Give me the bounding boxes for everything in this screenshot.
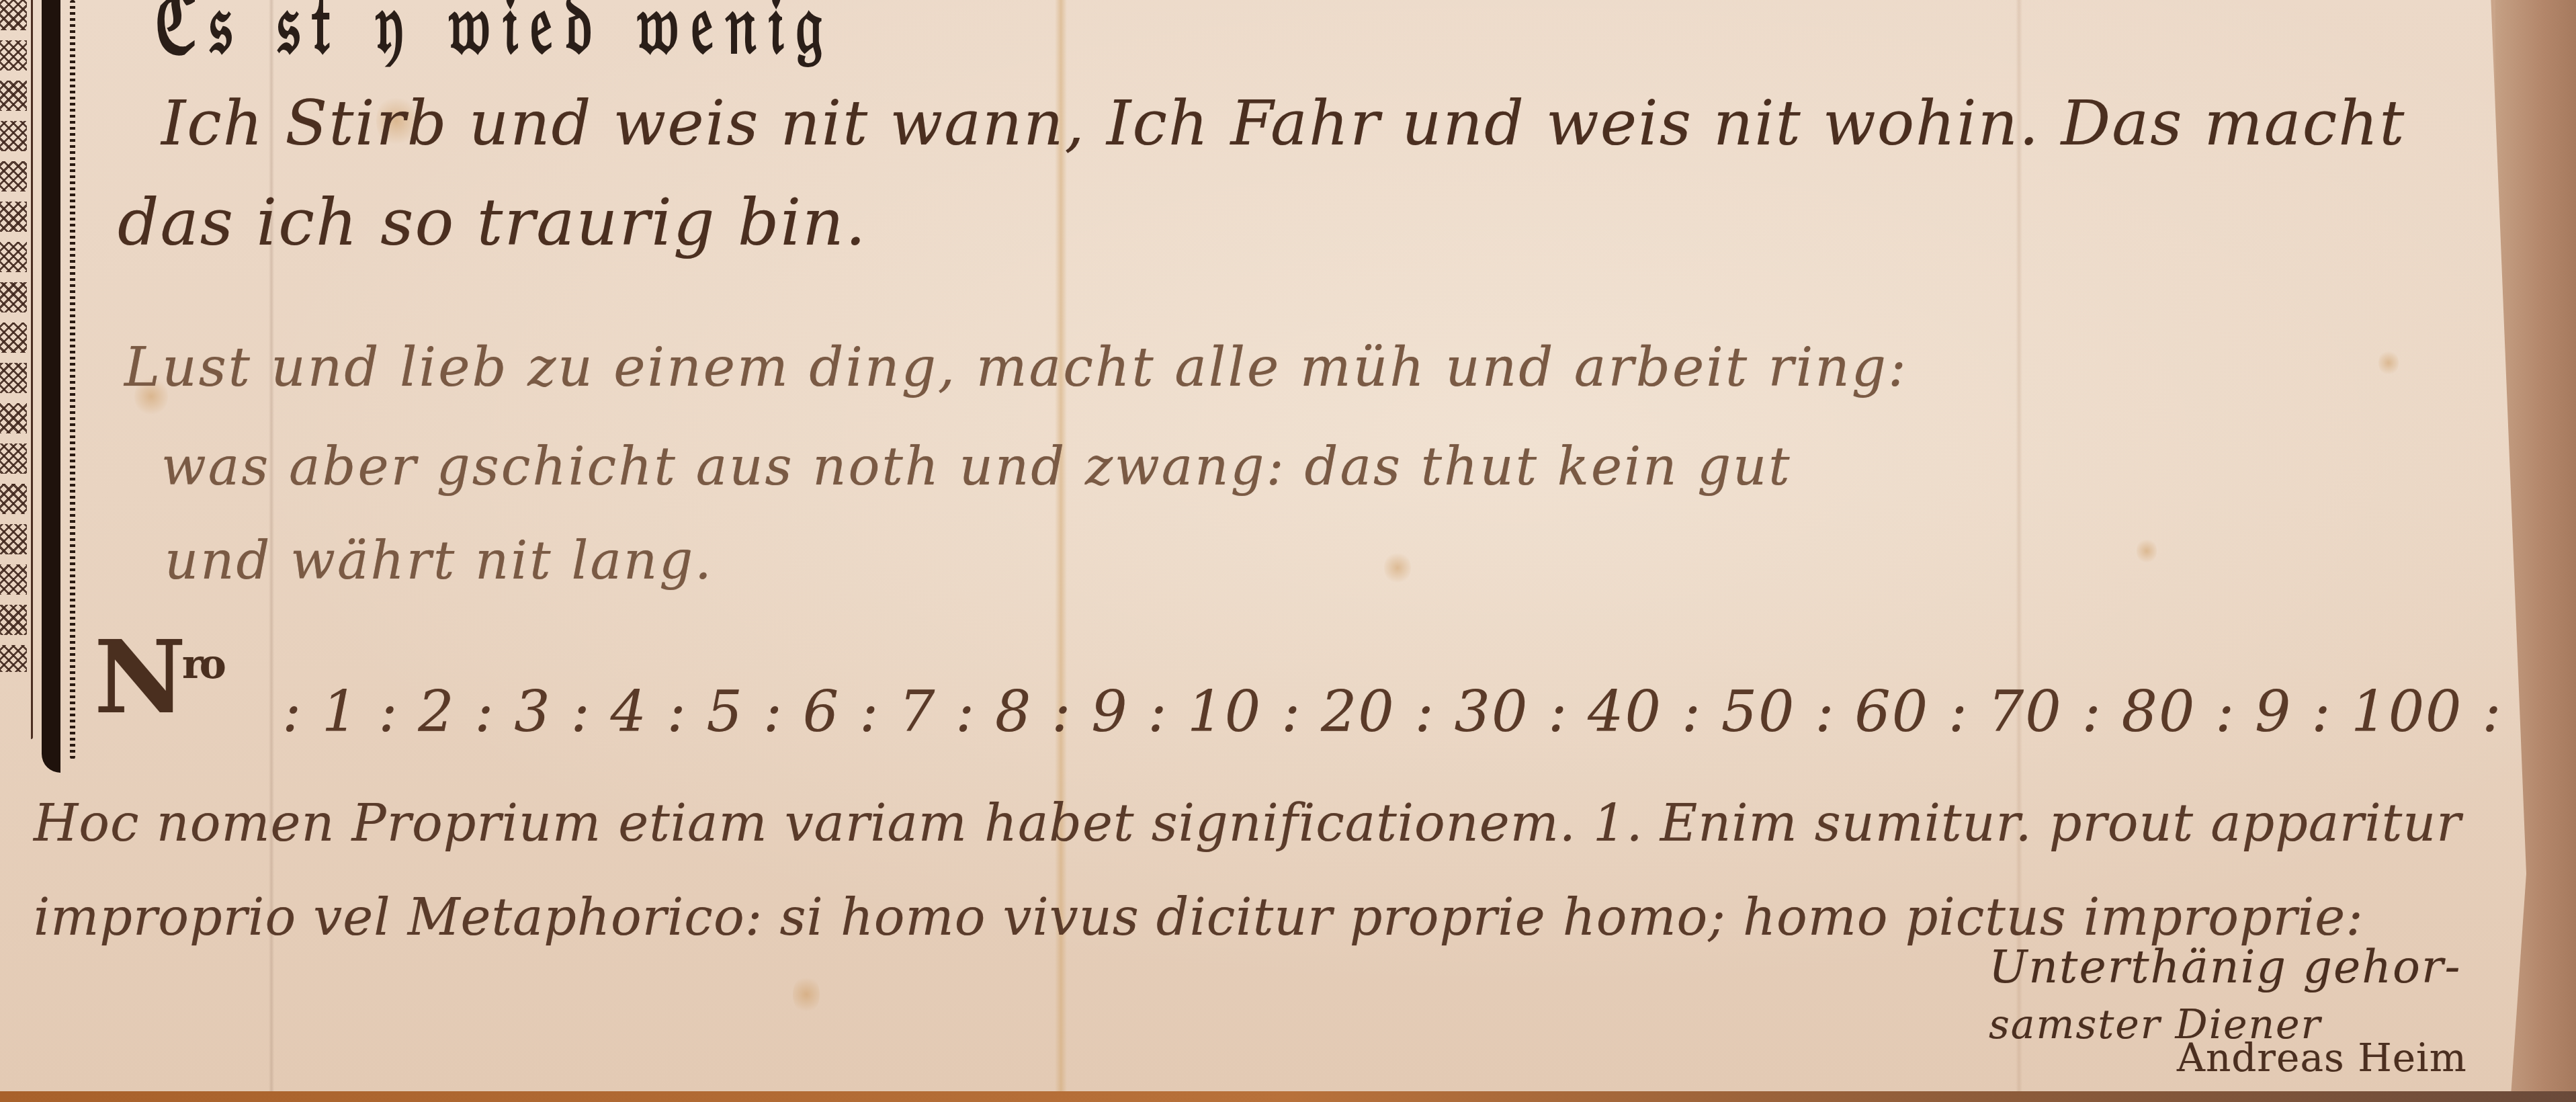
numero-letter: N bbox=[94, 618, 182, 736]
numeral-sequence: : 1 : 2 : 3 : 4 : 5 : 6 : 7 : 8 : 9 : 10… bbox=[282, 679, 2576, 745]
decorative-border bbox=[0, 0, 81, 779]
scalloped-edge bbox=[70, 0, 75, 759]
table-surface bbox=[0, 1091, 2576, 1102]
closing-line-1: Unterthänig gehor- bbox=[1989, 941, 2462, 994]
age-stain bbox=[793, 974, 820, 1015]
document-photo: ℭ𝔰 𝔰𝔱 𝔶 𝔴𝔦𝔢𝔡 𝔴𝔢𝔫𝔦𝔤 Ich Stirb und weis ni… bbox=[0, 0, 2576, 1102]
age-stain bbox=[2378, 349, 2399, 376]
border-band bbox=[42, 0, 60, 773]
latin-line-1: Hoc nomen Proprium etiam variam habet si… bbox=[34, 793, 2462, 853]
border-rule bbox=[31, 0, 33, 739]
proverb-line-1: Lust und lieb zu einem ding, macht alle … bbox=[124, 336, 1908, 398]
knotwork-ornament-icon bbox=[0, 0, 27, 672]
proverb-line-2: was aber gschicht aus noth und zwang: da… bbox=[161, 437, 1792, 497]
latin-line-2: improprio vel Metaphorico: si homo vivus… bbox=[34, 887, 2364, 947]
numero-superscript: ro bbox=[182, 641, 222, 688]
age-stain bbox=[1384, 551, 1411, 585]
age-stain bbox=[2137, 538, 2157, 564]
header-calligraphy: ℭ𝔰 𝔰𝔱 𝔶 𝔴𝔦𝔢𝔡 𝔴𝔢𝔫𝔦𝔤 bbox=[155, 0, 834, 74]
manuscript-paper: ℭ𝔰 𝔰𝔱 𝔶 𝔴𝔦𝔢𝔡 𝔴𝔢𝔫𝔦𝔤 Ich Stirb und weis ni… bbox=[0, 0, 2526, 1092]
german-verse-line-2: das ich so traurig bin. bbox=[118, 185, 867, 260]
proverb-line-3: und währt nit lang. bbox=[165, 531, 714, 591]
german-verse-line-1: Ich Stirb und weis nit wann, Ich Fahr un… bbox=[161, 87, 2405, 159]
numero-label: Nro bbox=[94, 618, 222, 736]
signature-name: Andreas Heim bbox=[2177, 1035, 2467, 1080]
